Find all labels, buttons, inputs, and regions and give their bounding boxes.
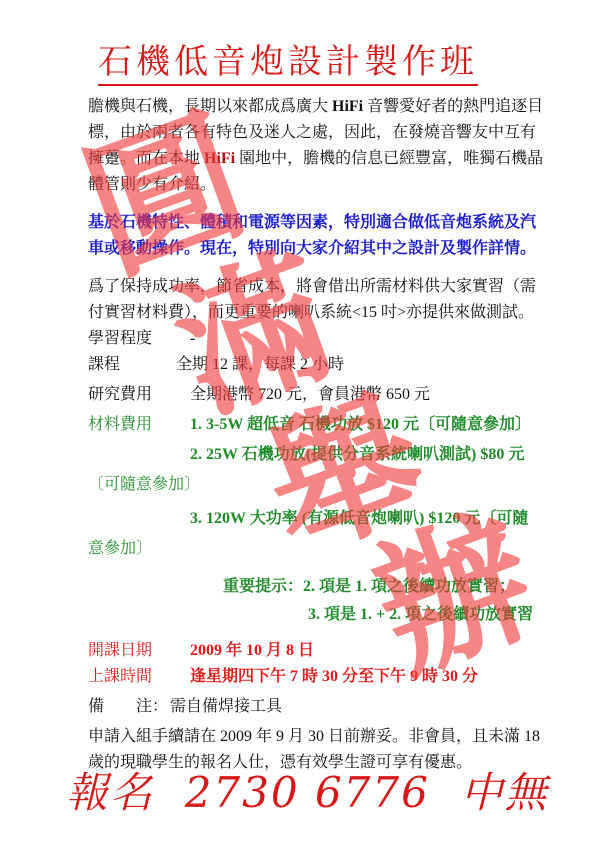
fee-label: 研究費用 [88,382,190,408]
materials-section: 材料費用 1. 3-5W 超低音 石機功放 $120 元〔可隨意參加〕 2. 2… [88,412,548,562]
course-value: 全期 12 課，每課 2 小時 [176,352,344,378]
level-label: 學習程度 [88,326,176,352]
fee-value: 全期港幣 720 元，會員港幣 650 元 [190,382,430,408]
intro-text-1: 膽機與石機，長期以來都成爲廣大 [88,98,332,115]
remarks-row: 備 注： 需自備焊接工具 [88,694,548,720]
level-value: - [176,326,195,352]
notice-line: 3. 項是 1. + 2. 項之後續功放實習 [88,602,548,628]
hifi-term: HiFi [332,98,363,115]
course-row: 課程 全期 12 課，每課 2 小時 [88,352,548,378]
start-date-label: 開課日期 [88,638,190,664]
material-item: 1. 3-5W 超低音 石機功放 $120 元〔可隨意參加〕 [190,412,531,438]
class-time-row: 上課時間 逢星期四下午 7 時 30 分至下午 9 時 30 分 [88,664,548,690]
class-time-value: 逢星期四下午 7 時 30 分至下午 9 時 30 分 [190,664,478,690]
remarks-value: 需自備焊接工具 [170,694,282,720]
fee-row: 研究費用 全期港幣 720 元，會員港幣 650 元 [88,382,548,408]
flyer-body: 膽機與石機，長期以來都成爲廣大 HiFi 音響愛好者的熱門追逐目標，由於兩者各有… [88,94,548,776]
highlight-paragraph: 基於石機特性、體積和電源等因素，特別適合做低音炮系統及汽車或移動操作。現在，特別… [88,210,548,262]
level-row: 學習程度 - [88,326,548,352]
flyer-title: 石機低音炮設計製作班 [98,40,478,86]
material-item-cont: 意參加〕 [88,536,548,562]
purpose-paragraph: 爲了保持成功率，節省成本，將會借出所需材料供大家實習（需付實習材料費），而更重要… [88,274,548,326]
remarks-label: 備 注： [88,694,170,720]
contact-phone: 報名 2730 6776 中無 [66,760,546,820]
notice-line: 重要提示：2. 項是 1. 項之後續功放實習； [88,574,548,600]
intro-paragraph: 膽機與石機，長期以來都成爲廣大 HiFi 音響愛好者的熱門追逐目標，由於兩者各有… [88,94,548,198]
material-item: 3. 120W 大功率 (有源低音炮喇叭) $120 元〔可隨 [88,506,548,532]
class-time-label: 上課時間 [88,664,190,690]
material-item: 2. 25W 石機功放(提供分音系統喇叭測試) $80 元 [88,442,548,468]
course-label: 課程 [88,352,176,378]
material-item-cont: 〔可隨意參加〕 [88,472,548,498]
materials-label: 材料費用 [88,412,190,438]
notice-section: 重要提示：2. 項是 1. 項之後續功放實習； 3. 項是 1. + 2. 項之… [88,574,548,628]
hifi-term: HiFi [204,150,235,167]
start-date-value: 2009 年 10 月 8 日 [190,638,314,664]
start-date-row: 開課日期 2009 年 10 月 8 日 [88,638,548,664]
